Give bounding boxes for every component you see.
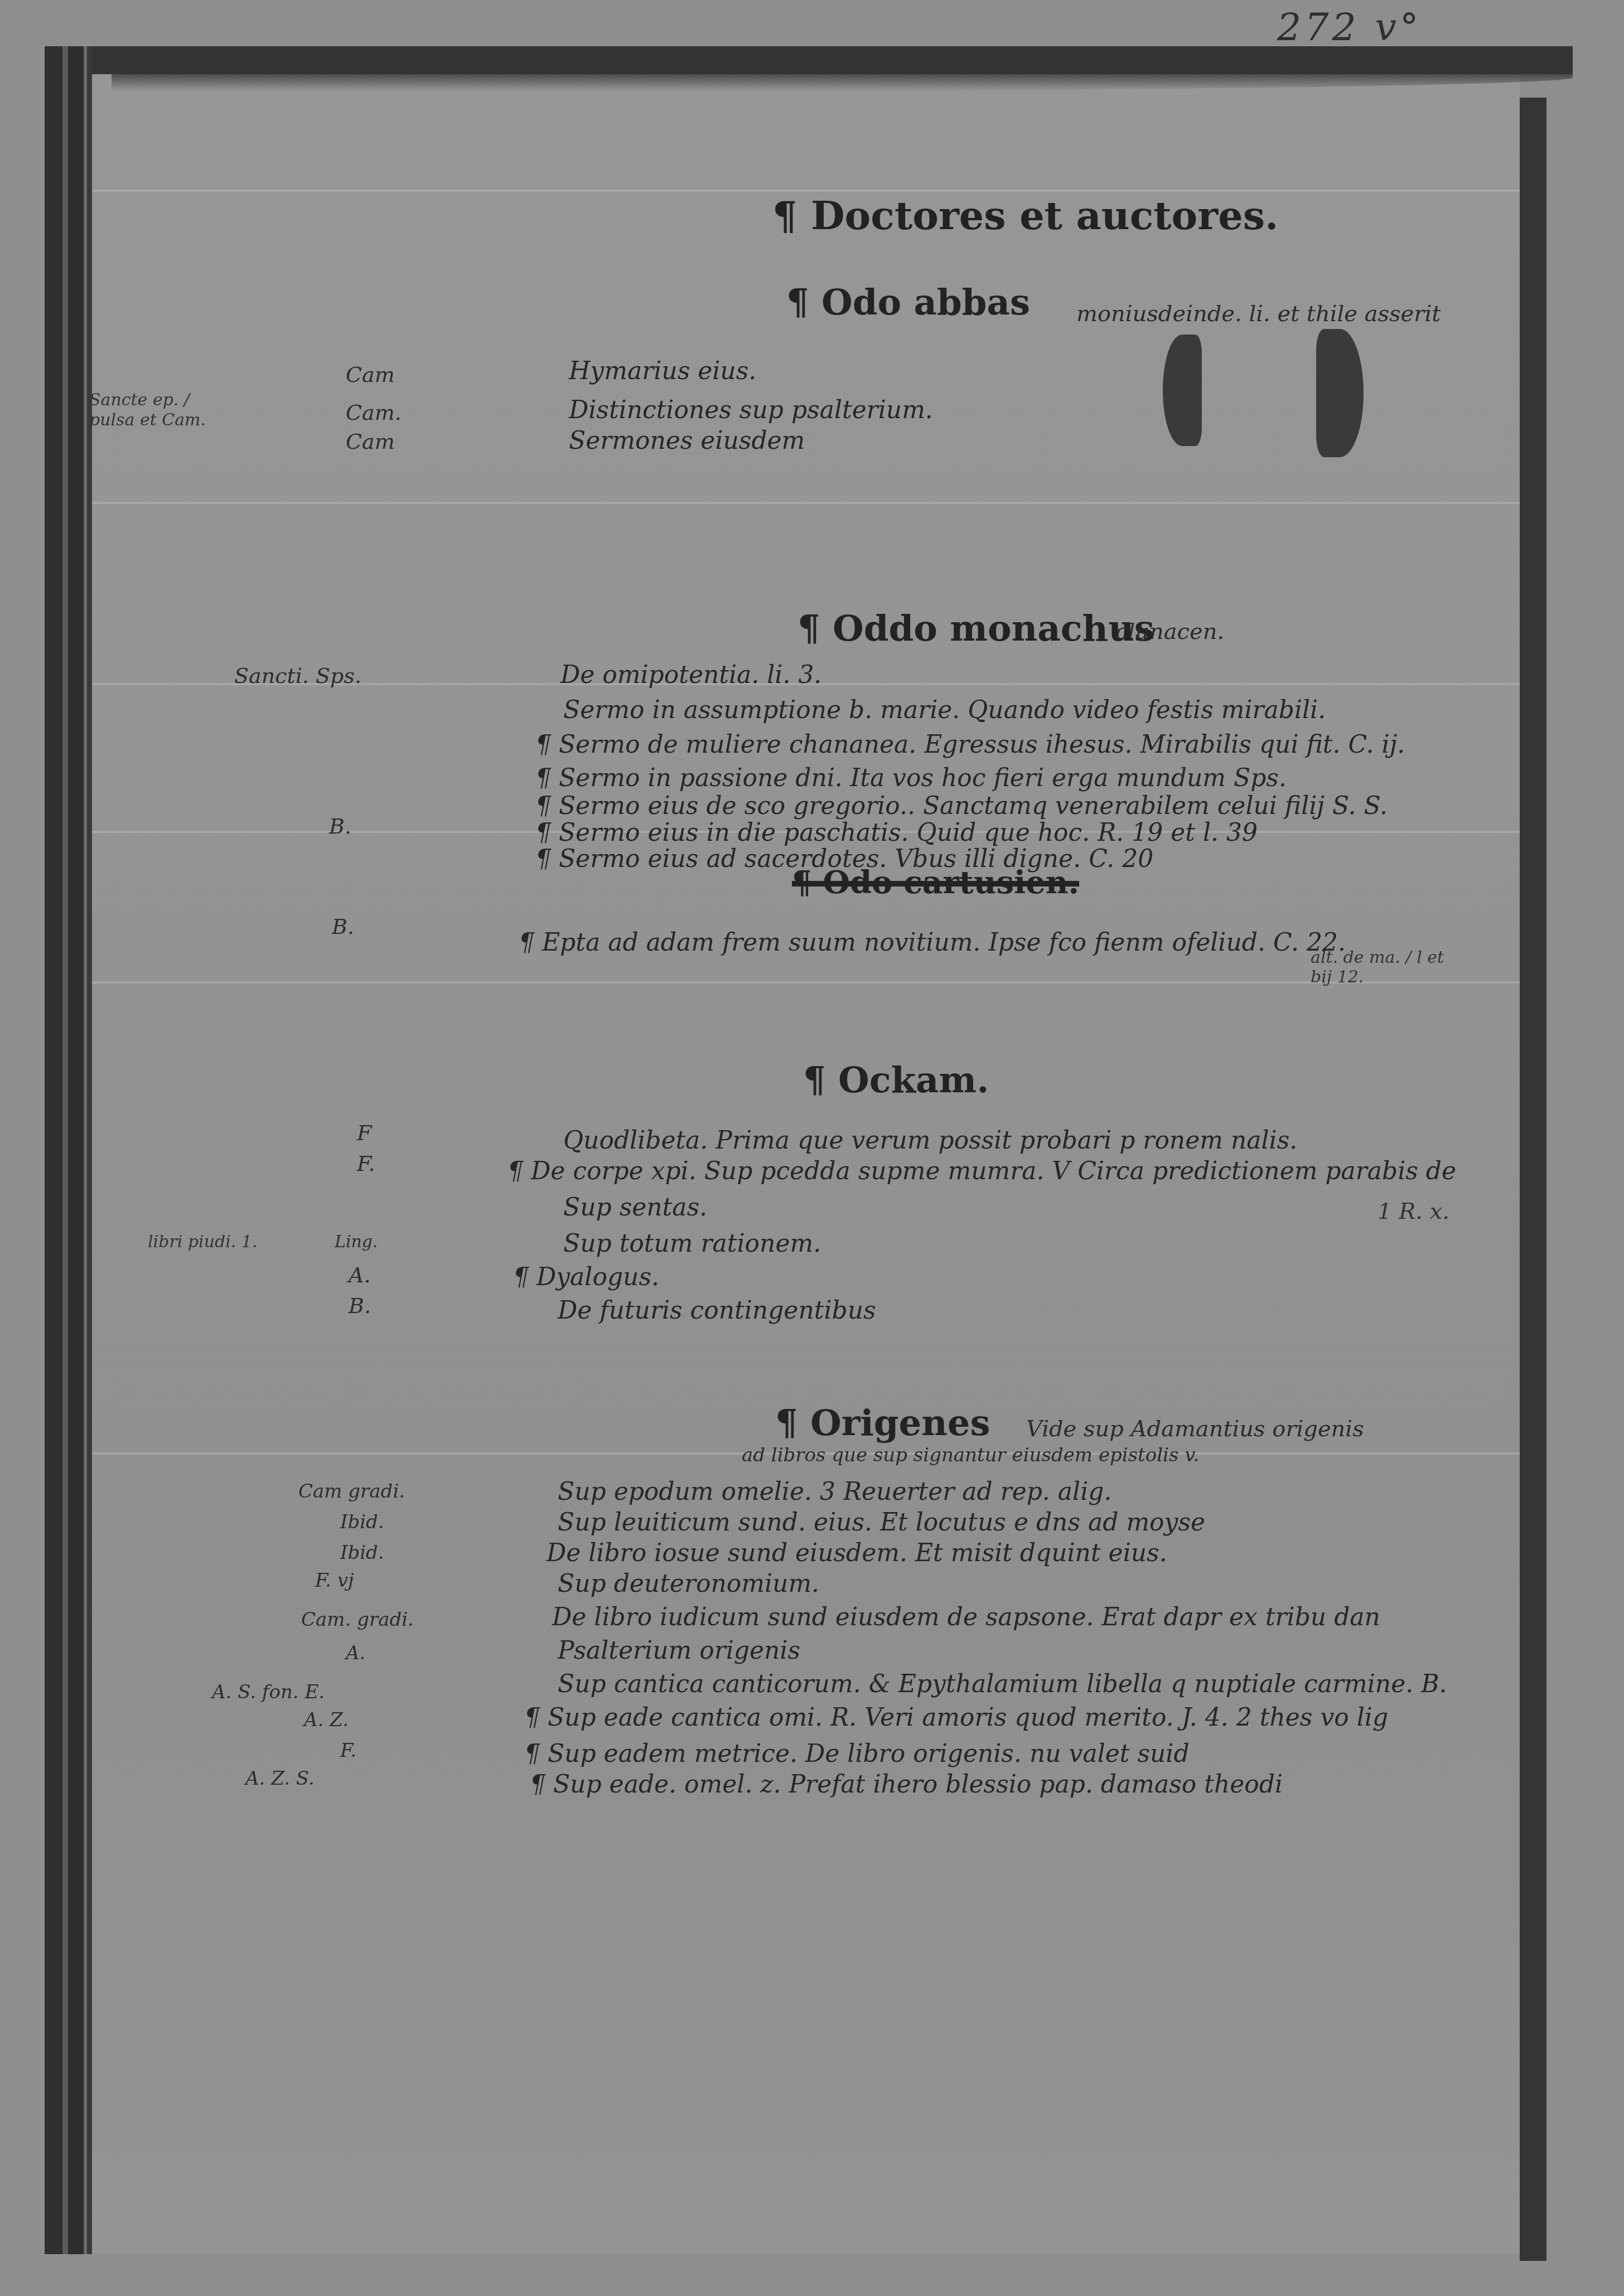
margin-annotation: alt. de ma. / l et bij 12. [1311, 948, 1444, 987]
ink-blot-left [1163, 335, 1202, 446]
section-note: moniusdeinde. li. et thile asserit [1076, 301, 1441, 327]
catalog-entry: De libro iosue sund eiusdem. Et misit dq… [547, 1539, 1167, 1567]
section-note-line2: ad libros que sup signantur eiusdem epis… [742, 1444, 1199, 1466]
shelfmark: Ibid. [340, 1542, 384, 1564]
margin-note: Sancte ep. / pulsa et Cam. [89, 390, 223, 430]
catalog-entry: ¶ Sup eade cantica omi. R. Veri amoris q… [524, 1703, 1388, 1732]
catalog-entry: Distinctiones sup psalterium. [569, 396, 933, 424]
shelfmark: A. Z. [304, 1709, 349, 1731]
shelfmark: F. [340, 1740, 356, 1762]
shelfmark: A. S. fon. E. [212, 1681, 325, 1703]
frame-top-edge [45, 46, 1573, 74]
shelfmark: F. vj [315, 1570, 354, 1592]
catalog-entry: Sermones eiusdem [569, 427, 805, 455]
shelfmark: B. [329, 814, 351, 839]
catalog-entry: Psalterium origenis [558, 1636, 800, 1665]
folio-number: 272 v° [1277, 6, 1422, 50]
shelfmark: Cam. [346, 400, 402, 425]
catalog-entry: Sup epodum omelie. 3 Reuerter ad rep. al… [558, 1478, 1111, 1506]
margin-note: libri piudi. 1. [148, 1232, 257, 1252]
section-heading-ockam: ¶ Ockam. [803, 1059, 989, 1101]
shelfmark: Cam. gradi. [301, 1609, 414, 1631]
section-note: Vide sup Adamantius origenis [1026, 1416, 1364, 1442]
catalog-entry: ¶ Epta ad adam frem suum novitium. Ipse … [519, 928, 1346, 957]
fold-line [92, 981, 1520, 984]
section-heading-odo-cartusien: ¶ Odo cartusien. [792, 864, 1079, 901]
shelfmark: Ling. [335, 1232, 378, 1252]
shelfmark: Cam [346, 429, 395, 454]
catalog-entry: ¶ Sermo de muliere chananea. Egressus ih… [535, 730, 1405, 759]
shelfmark: F. [357, 1151, 375, 1176]
fold-line [92, 502, 1520, 504]
shelfmark: A. [349, 1263, 371, 1287]
catalog-entry: De libro iudicum sund eiusdem de sapsone… [552, 1603, 1380, 1631]
shelfmark: A. [346, 1642, 365, 1664]
shelfmark: F [357, 1121, 371, 1145]
catalog-entry: Sup sentas. [563, 1193, 707, 1222]
shelfmark: Cam [346, 362, 395, 387]
catalog-entry: ¶ Sermo in passione dni. Ita vos hoc fie… [535, 764, 1287, 792]
catalog-entry: Hymarius eius. [569, 357, 756, 385]
section-note: clunacen. [1115, 619, 1224, 645]
frame-right-edge [1520, 98, 1546, 2261]
catalog-entry: ¶ De corpe xpi. Sup pcedda supme mumra. … [507, 1157, 1456, 1185]
catalog-entry: ¶ Sermo eius in die paschatis. Quid que … [535, 818, 1258, 847]
catalog-entry: ¶ Dyalogus. [513, 1263, 659, 1291]
shelfmark: Sancti. Sps. [234, 663, 361, 688]
shelfmark: A. Z. S. [245, 1767, 315, 1790]
catalog-entry: De futuris contingentibus [558, 1296, 876, 1325]
margin-annotation: 1 R. x. [1377, 1199, 1449, 1224]
catalog-entry: ¶ Sup eadem metrice. De libro origenis. … [524, 1740, 1190, 1768]
catalog-entry: Sup cantica canticorum. & Epythalamium l… [558, 1670, 1447, 1698]
catalog-entry: Quodlibeta. Prima que verum possit proba… [563, 1126, 1297, 1155]
shelfmark: Cam gradi. [298, 1480, 405, 1503]
shelfmark: B. [332, 914, 354, 939]
catalog-entry: Sup leuiticum sund. eius. Et locutus e d… [558, 1508, 1205, 1537]
catalog-entry: ¶ Sermo eius de sco gregorio.. Sanctamq … [535, 792, 1388, 820]
frame-left-edge [45, 46, 92, 2254]
catalog-entry: Sermo in assumptione b. marie. Quando vi… [563, 696, 1326, 724]
shelfmark: Ibid. [340, 1511, 384, 1533]
page-title: ¶ Doctores et auctores. [772, 192, 1278, 239]
ink-blot-right [1316, 329, 1364, 457]
catalog-entry: ¶ Sup eade. omel. z. Prefat ihero blessi… [530, 1770, 1283, 1799]
catalog-entry: Sup totum rationem. [563, 1229, 821, 1258]
catalog-entry: De omipotentia. li. 3. [560, 661, 821, 689]
section-heading-oddo-monachus: ¶ Oddo monachus [797, 608, 1154, 650]
section-heading-odo-abbas: ¶ Odo abbas [786, 282, 1030, 323]
fold-line [92, 190, 1520, 192]
shelfmark: B. [349, 1294, 371, 1318]
catalog-entry: Sup deuteronomium. [558, 1570, 819, 1598]
section-heading-origenes: ¶ Origenes [775, 1402, 990, 1444]
